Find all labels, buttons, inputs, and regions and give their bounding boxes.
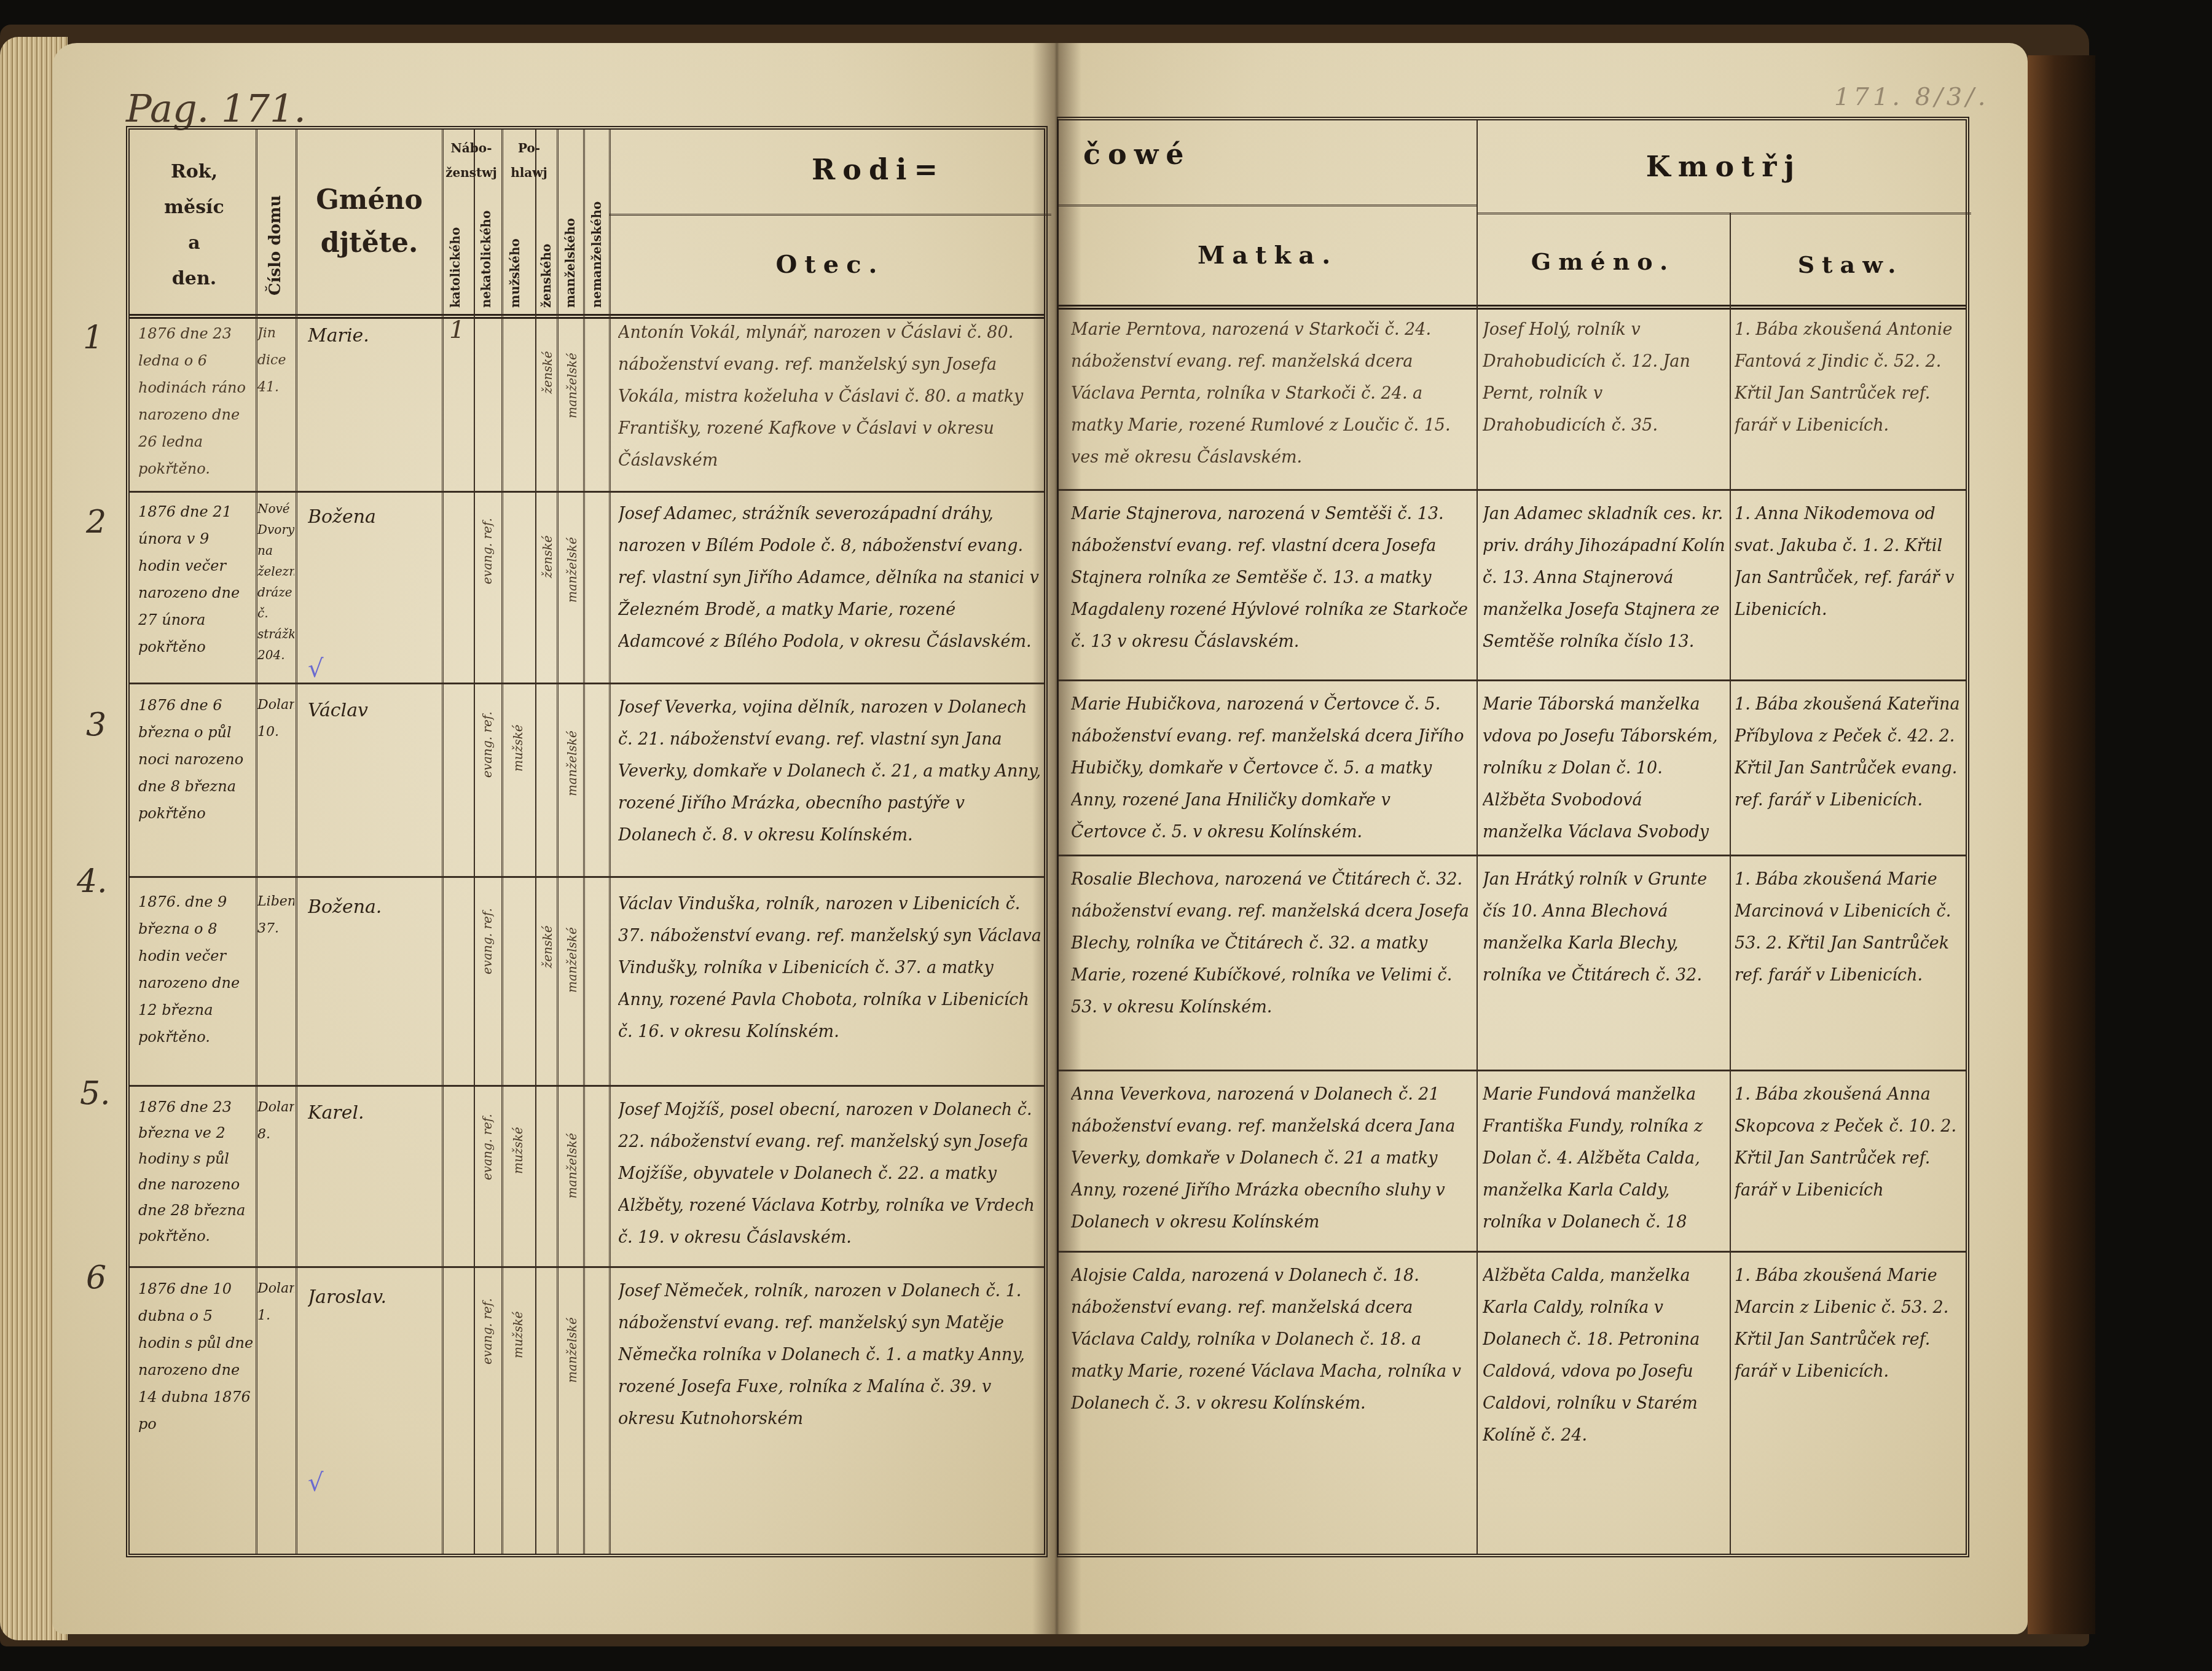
entry-1-father: Antonín Vokál, mlynář, narozen v Čáslavi… — [618, 317, 1042, 489]
entry-1-house: Jin dice 41. — [257, 320, 294, 443]
entry-4-religion: evang. ref. — [480, 894, 495, 974]
header-kmotri: Kmotřj — [1477, 120, 1971, 214]
header-nemanzelskeho: nemanželského — [589, 166, 604, 308]
row-divider — [1059, 679, 1966, 681]
col-divider — [296, 130, 297, 1554]
entry-2-sex: ženské — [540, 504, 555, 578]
header-nabozenstvi: Nábo- ženstwj — [443, 136, 500, 185]
entry-4-mother: Rosalie Blechova, narozená ve Čtitárech … — [1071, 864, 1470, 1066]
entry-5-mother: Anna Veverkova, narozená v Dolanech č. 2… — [1071, 1079, 1470, 1248]
entry-1-legitimacy: manželské — [565, 320, 579, 418]
row-divider — [1059, 855, 1966, 856]
entry-6-sex: mužské — [511, 1285, 525, 1358]
row-divider — [130, 491, 1044, 493]
header-jmeno-ditete: Gméno djtěte. — [302, 179, 437, 265]
entry-2-house: Nové Dvory na železné dráze č. strážky 2… — [257, 498, 294, 679]
entry-5-sex: mužské — [511, 1100, 525, 1174]
entry-6-religion: evang. ref. — [480, 1285, 495, 1364]
header-katolickeho: katolického — [448, 203, 463, 308]
entry-2-godparent-status: 1. Anna Nikodemova od svat. Jakuba č. 1.… — [1735, 498, 1968, 676]
row-divider — [130, 876, 1044, 878]
entry-4-sex: ženské — [540, 894, 555, 968]
entry-5-child: Karel. — [308, 1097, 437, 1134]
entry-3-godparent-name: Marie Táborská manželka vdova po Josefu … — [1483, 689, 1725, 851]
entry-2-religion: evang. ref. — [480, 504, 495, 584]
col-divider — [609, 130, 611, 1554]
entry-6-mother: Alojsie Calda, narozená v Dolanech č. 18… — [1071, 1260, 1470, 1457]
col-divider — [442, 130, 444, 1554]
col-divider — [474, 130, 475, 1554]
header-matka: Matka. — [1059, 219, 1477, 292]
entry-3-father: Josef Veverka, vojina dělník, narozen v … — [618, 692, 1042, 873]
entry-5-godparent-status: 1. Bába zkoušená Anna Skopcova z Peček č… — [1735, 1079, 1968, 1248]
book-cover-edge — [2028, 55, 2095, 1634]
entry-4-godparent-name: Jan Hrátký rolník v Grunte čís 10. Anna … — [1483, 864, 1725, 1066]
entry-1-child: Marie. — [308, 320, 437, 357]
entry-5-number: 5. — [80, 1075, 111, 1112]
entry-6-date: 1876 dne 10 dubna o 5 hodin s půl dne na… — [138, 1275, 255, 1460]
entry-1-religion: 1 — [449, 314, 468, 346]
col-divider — [583, 130, 585, 1554]
entry-3-religion: evang. ref. — [480, 698, 495, 778]
header-kmotri-stav: Staw. — [1730, 231, 1971, 299]
col-divider — [1477, 120, 1478, 1554]
entry-3-sex: mužské — [511, 698, 525, 772]
entry-5-religion: evang. ref. — [480, 1100, 495, 1180]
row-divider — [1059, 489, 1966, 491]
header-rodicove-cont: čowé — [1059, 120, 1477, 206]
page-stamp: 171. 8/3/. — [1834, 83, 1989, 111]
entry-1-sex: ženské — [540, 320, 555, 394]
entry-4-legitimacy: manželské — [565, 894, 579, 993]
left-ledger-grid: Rok, měsíc a den. Číslo domu Gméno djtět… — [126, 126, 1048, 1557]
col-divider — [557, 130, 559, 1554]
entry-4-child: Božena. — [308, 891, 437, 928]
entry-3-house: Dolany 10. — [257, 692, 294, 815]
entry-3-child: Václav — [308, 695, 437, 732]
entry-3-legitimacy: manželské — [565, 698, 579, 796]
header-otec: Otec. — [609, 228, 1051, 302]
check-mark-icon: √ — [308, 1469, 324, 1497]
row-divider — [130, 1085, 1044, 1087]
entry-1-number: 1 — [83, 319, 103, 356]
entry-3-date: 1876 dne 6 března o půl noci narozeno dn… — [138, 692, 255, 873]
entry-3-godparent-status: 1. Bába zkoušená Kateřina Příbylova z Pe… — [1735, 689, 1968, 851]
entry-4-number: 4. — [77, 863, 108, 900]
entry-1-date: 1876 dne 23 ledna o 6 hodinách ráno naro… — [138, 320, 255, 486]
entry-2-mother: Marie Stajnerova, narozená v Semtěši č. … — [1071, 498, 1470, 676]
entry-6-father: Josef Němeček, rolník, narozen v Dolanec… — [618, 1275, 1042, 1460]
entry-5-legitimacy: manželské — [565, 1100, 579, 1199]
entry-6-godparent-status: 1. Bába zkoušená Marie Marcin z Libenic … — [1735, 1260, 1968, 1457]
header-zenskeho: ženského — [539, 203, 554, 308]
col-divider — [501, 130, 503, 1554]
entry-3-number: 3 — [86, 706, 106, 743]
row-divider — [1059, 1070, 1966, 1071]
entry-1-mother: Marie Perntova, narozená v Starkoči č. 2… — [1071, 314, 1470, 486]
entry-4-godparent-status: 1. Bába zkoušená Marie Marcinová v Liben… — [1735, 864, 1968, 1066]
entry-4-father: Václav Vinduška, rolník, narozen v Liben… — [618, 888, 1042, 1082]
row-divider — [1059, 1251, 1966, 1253]
entry-5-house: Dolany 8. — [257, 1094, 294, 1217]
header-kmotri-jmeno: Gméno. — [1477, 228, 1730, 295]
page-number: Pag. 171. — [126, 86, 306, 131]
entry-1-godparent-status: 1. Bába zkoušená Antonie Fantová z Jindi… — [1735, 314, 1968, 486]
col-divider — [1730, 213, 1731, 1554]
entry-5-father: Josef Mojžíš, posel obecní, narozen v Do… — [618, 1094, 1042, 1263]
header-rok: Rok, měsíc a den. — [142, 154, 246, 297]
entry-4-date: 1876. dne 9 března o 8 hodin večer naroz… — [138, 888, 255, 1082]
col-divider — [535, 130, 536, 1554]
entry-5-date: 1876 dne 23 března ve 2 hodiny s půl dne… — [138, 1094, 255, 1263]
header-muzskeho: mužského — [508, 203, 522, 308]
entry-2-child: Božena — [308, 501, 437, 538]
row-divider — [130, 1266, 1044, 1268]
entry-6-house: Dolany 1. — [257, 1275, 294, 1398]
check-mark-icon: √ — [308, 655, 324, 683]
entry-2-date: 1876 dne 21 února v 9 hodin večer naroze… — [138, 498, 255, 679]
entry-6-child: Jaroslav. — [308, 1282, 437, 1318]
right-ledger-grid: čowé Matka. Kmotřj Gméno. Staw. Marie Pe… — [1057, 117, 1969, 1557]
entry-3-mother: Marie Hubičkova, narozená v Čertovce č. … — [1071, 689, 1470, 851]
header-cislo-domu: Číslo domu — [266, 191, 284, 295]
entry-2-godparent-name: Jan Adamec skladník ces. kr. priv. dráhy… — [1483, 498, 1725, 676]
entry-2-father: Josef Adamec, strážník severozápadní drá… — [618, 498, 1042, 679]
entry-5-godparent-name: Marie Fundová manželka Františka Fundy, … — [1483, 1079, 1725, 1248]
entry-2-legitimacy: manželské — [565, 504, 579, 603]
header-manzelskeho: manželského — [563, 179, 578, 308]
row-divider — [130, 683, 1044, 684]
entry-6-number: 6 — [86, 1259, 106, 1296]
entry-2-number: 2 — [86, 504, 106, 541]
header-pohlavi: Po- hlawj — [503, 136, 555, 185]
entry-6-legitimacy: manželské — [565, 1285, 579, 1383]
header-rodicove: Rodi= — [609, 130, 1051, 216]
entry-6-godparent-name: Alžběta Calda, manželka Karla Caldy, rol… — [1483, 1260, 1725, 1481]
entry-4-house: Libenice 37. — [257, 888, 294, 1023]
header-nekatolickeho: nekatolického — [479, 197, 493, 308]
entry-1-godparent-name: Josef Holý, rolník v Drahobudicích č. 12… — [1483, 314, 1725, 486]
